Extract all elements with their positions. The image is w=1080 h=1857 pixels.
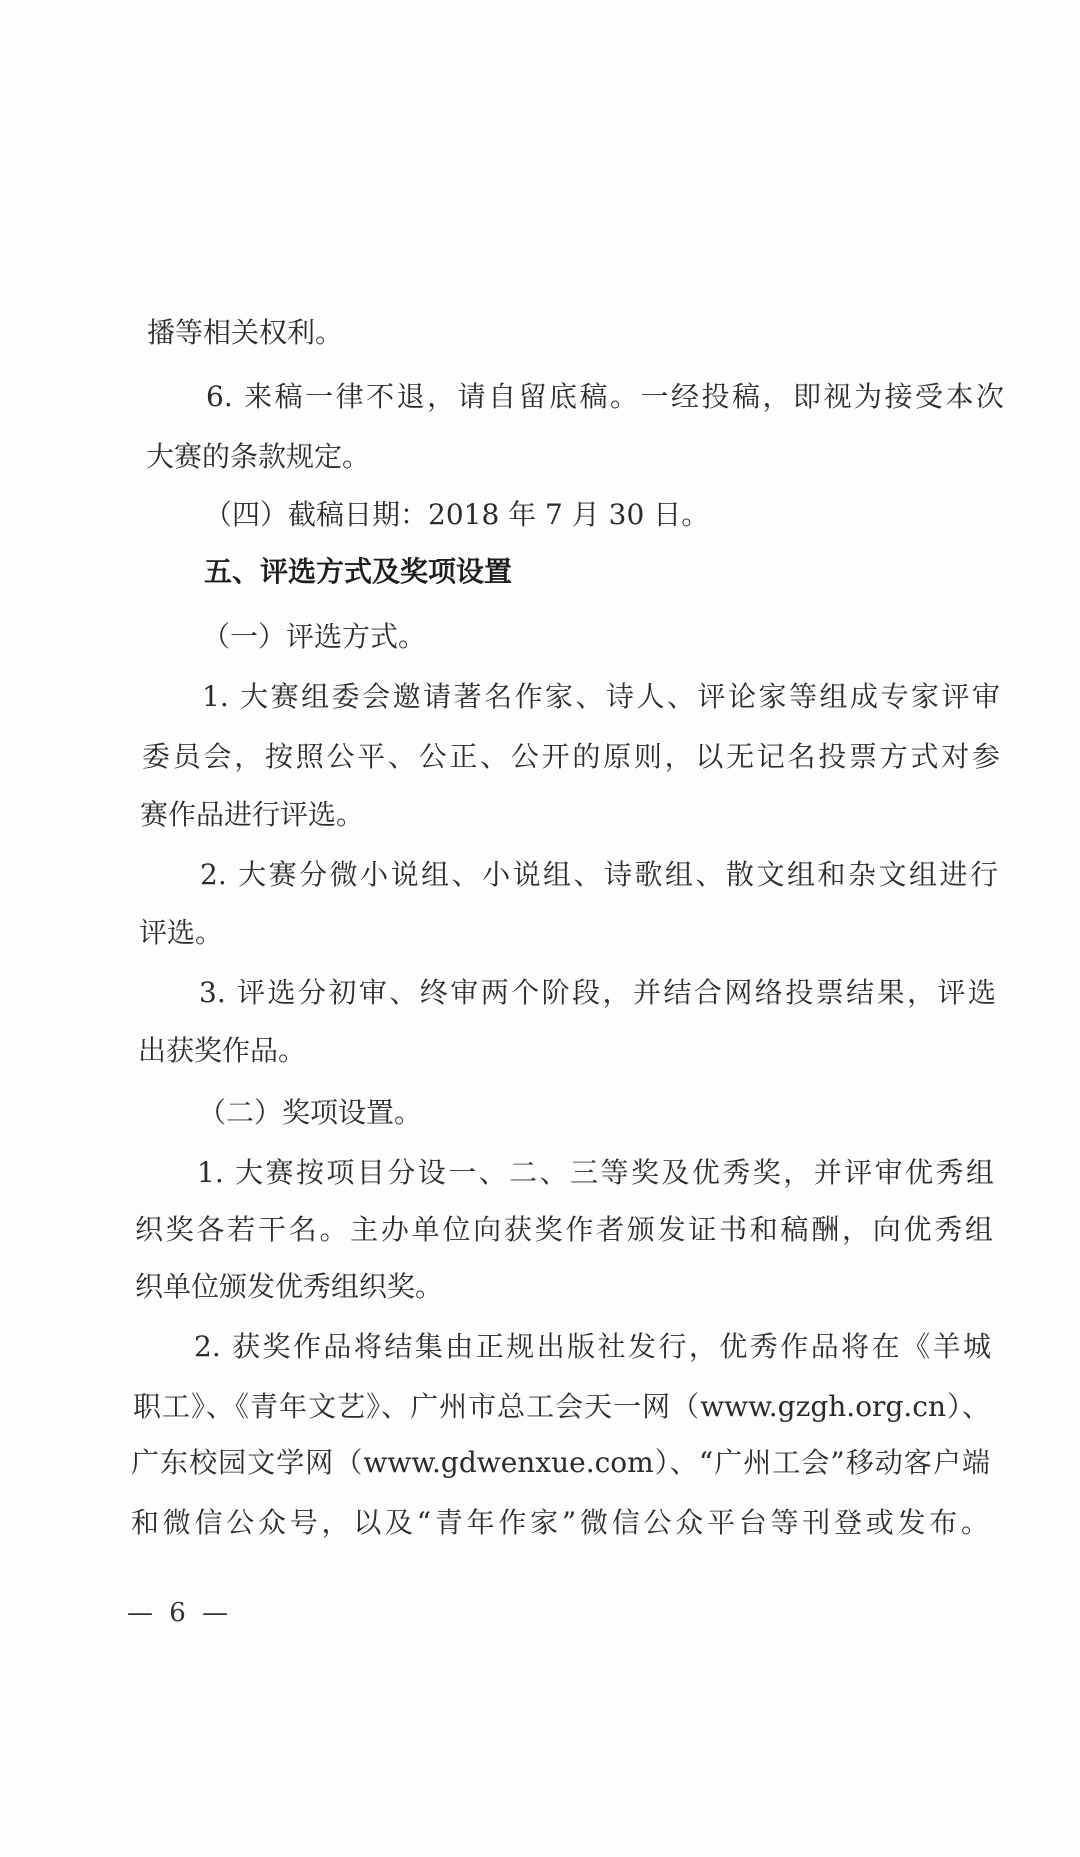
section-date-line: （四）截稿日期：2018 年 7 月 30 日。: [204, 495, 1004, 535]
paragraph-line: 2. 获奖作品将结集由正规出版社发行，优秀作品将在《羊城: [194, 1327, 991, 1367]
paragraph-line: 播等相关权利。: [147, 313, 1007, 353]
paragraph-line: 职工》、《青年文艺》、广州市总工会天一网（www.gzgh.org.cn）、: [133, 1387, 990, 1427]
subsection-heading: （一）评选方式。: [202, 617, 1002, 657]
paragraph-line: 评选。: [139, 913, 999, 953]
paragraph-line: 3. 评选分初审、终审两个阶段，并结合网络投票结果，评选: [199, 973, 996, 1013]
paragraph-line: 1. 大赛组委会邀请著名作家、诗人、评论家等组成专家评审: [202, 677, 1000, 717]
page-number: — 6 —: [127, 1596, 232, 1630]
subsection-heading: （二）奖项设置。: [198, 1093, 998, 1133]
paragraph-line: 出获奖作品。: [138, 1031, 998, 1071]
paragraph-line: 6. 来稿一律不退，请自留底稿。一经投稿，即视为接受本次: [206, 377, 1004, 417]
paragraph-line: 大赛的条款规定。: [146, 437, 1006, 477]
paragraph-line: 织奖各若干名。主办单位向获奖作者颁发证书和稿酬，向优秀组: [135, 1210, 993, 1250]
paragraph-line: 赛作品进行评选。: [140, 795, 1000, 835]
paragraph-line: 织单位颁发优秀组织奖。: [135, 1267, 995, 1307]
paragraph-line: 2. 大赛分微小说组、小说组、诗歌组、散文组和杂文组进行: [200, 855, 998, 895]
section-heading: 五、评选方式及奖项设置: [204, 552, 1004, 592]
paragraph-line: 广东校园文学网（www.gdwenxue.com）、“广州工会”移动客户端: [131, 1443, 990, 1483]
paragraph-line: 1. 大赛按项目分设一、二、三等奖及优秀奖，并评审优秀组: [197, 1153, 994, 1193]
paragraph-line: 委员会，按照公平、公正、公开的原则，以无记名投票方式对参: [142, 737, 1000, 777]
document-page: 播等相关权利。 6. 来稿一律不退，请自留底稿。一经投稿，即视为接受本次 大赛的…: [0, 0, 1080, 1857]
paragraph-line: 和微信公众号，以及“青年作家”微信公众平台等刊登或发布。: [131, 1503, 989, 1543]
